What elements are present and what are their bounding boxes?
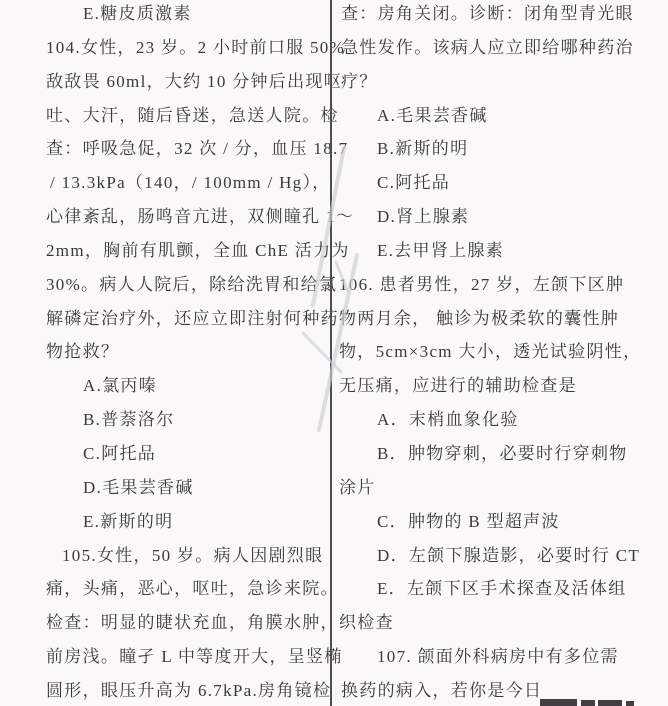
left-column: E.糖皮质激素104.女性，23 岁。2 小时前口服 50%敌敌畏 60ml，大…: [0, 0, 334, 706]
text-line: 2mm，胸前有肌颤，全血 ChE 活力为: [0, 234, 334, 268]
right-column: 查：房角关闭。诊断：闭角型青光眼急性发作。该病人应立即给哪种药治疗？A.毛果芸香…: [334, 0, 668, 706]
text-line: D．左颌下腺造影，必要时行 CT: [334, 539, 668, 573]
text-line: 前房浅。瞳孑 L 中等度开大，呈竖椭: [0, 640, 334, 674]
column-divider: [330, 0, 332, 706]
text-line: E.糖皮质激素: [0, 0, 334, 31]
text-line: C.阿托品: [334, 166, 668, 200]
text-line: B.普萘洛尔: [0, 403, 334, 437]
text-line: / 13.3kPa（140，/ 100mm / Hg），: [0, 166, 334, 200]
text-line: 105.女性，50 岁。病人因剧烈眼: [0, 539, 334, 573]
text-line: A．末梢血象化验: [334, 403, 668, 437]
text-line: 疗？: [334, 65, 668, 99]
text-line: B.新斯的明: [334, 132, 668, 166]
text-line: 查：房角关闭。诊断：闭角型青光眼: [334, 0, 668, 31]
text-line: C.阿托品: [0, 437, 334, 471]
text-line: 107. 颌面外科病房中有多位需: [334, 640, 668, 674]
text-line: 物，5cm×3cm 大小，透光试验阴性，: [334, 335, 668, 369]
text-line: B．肿物穿刺，必要时行穿刺物: [334, 437, 668, 471]
text-line: E.去甲肾上腺素: [334, 234, 668, 268]
text-line: 查：呼吸急促，32 次 / 分，血压 18.7: [0, 132, 334, 166]
text-line: 物两月余， 触诊为极柔软的囊性肿: [334, 302, 668, 336]
text-line: 无压痛，应进行的辅助检查是: [334, 369, 668, 403]
text-line: 织检查: [334, 606, 668, 640]
text-line: C．肿物的 B 型超声波: [334, 505, 668, 539]
text-line: 解磷定治疗外，还应立即注射何种药: [0, 302, 334, 336]
text-line: A.毛果芸香碱: [334, 99, 668, 133]
text-line: 检查：明显的睫状充血，角膜水肿，: [0, 606, 334, 640]
text-line: 圆形，眼压升高为 6.7kPa.房角镜检: [0, 674, 334, 706]
cutoff-glyph-fragment: [540, 699, 577, 706]
exam-paper-page: E.糖皮质激素104.女性，23 岁。2 小时前口服 50%敌敌畏 60ml，大…: [0, 0, 668, 706]
text-line: 106. 患者男性，27 岁，左颌下区肿: [334, 268, 668, 302]
text-line: 急性发作。该病人应立即给哪种药治: [334, 31, 668, 65]
text-line: 涂片: [334, 471, 668, 505]
text-line: 吐、大汗，随后昏迷，急送人院。检: [0, 99, 334, 133]
text-line: 敌敌畏 60ml，大约 10 分钟后出现呕: [0, 65, 334, 99]
cutoff-glyph-fragment: [626, 701, 634, 706]
text-line: 物抢救？: [0, 335, 334, 369]
text-line: E.新斯的明: [0, 505, 334, 539]
text-line: E．左颌下区手术探查及活体组: [334, 572, 668, 606]
cutoff-glyph-fragment: [581, 700, 595, 706]
text-line: D.肾上腺素: [334, 200, 668, 234]
text-line: 30%。病人人院后，除给洗胃和给氯: [0, 268, 334, 302]
cutoff-glyph-fragment: [598, 700, 622, 706]
text-line: A.氯丙嗪: [0, 369, 334, 403]
text-line: D.毛果芸香碱: [0, 471, 334, 505]
text-line: 104.女性，23 岁。2 小时前口服 50%: [0, 31, 334, 65]
text-line: 心律紊乱，肠鸣音亢进，双侧瞳孔 1～: [0, 200, 334, 234]
text-line: 痛，头痛，恶心，呕吐，急诊来院。: [0, 572, 334, 606]
